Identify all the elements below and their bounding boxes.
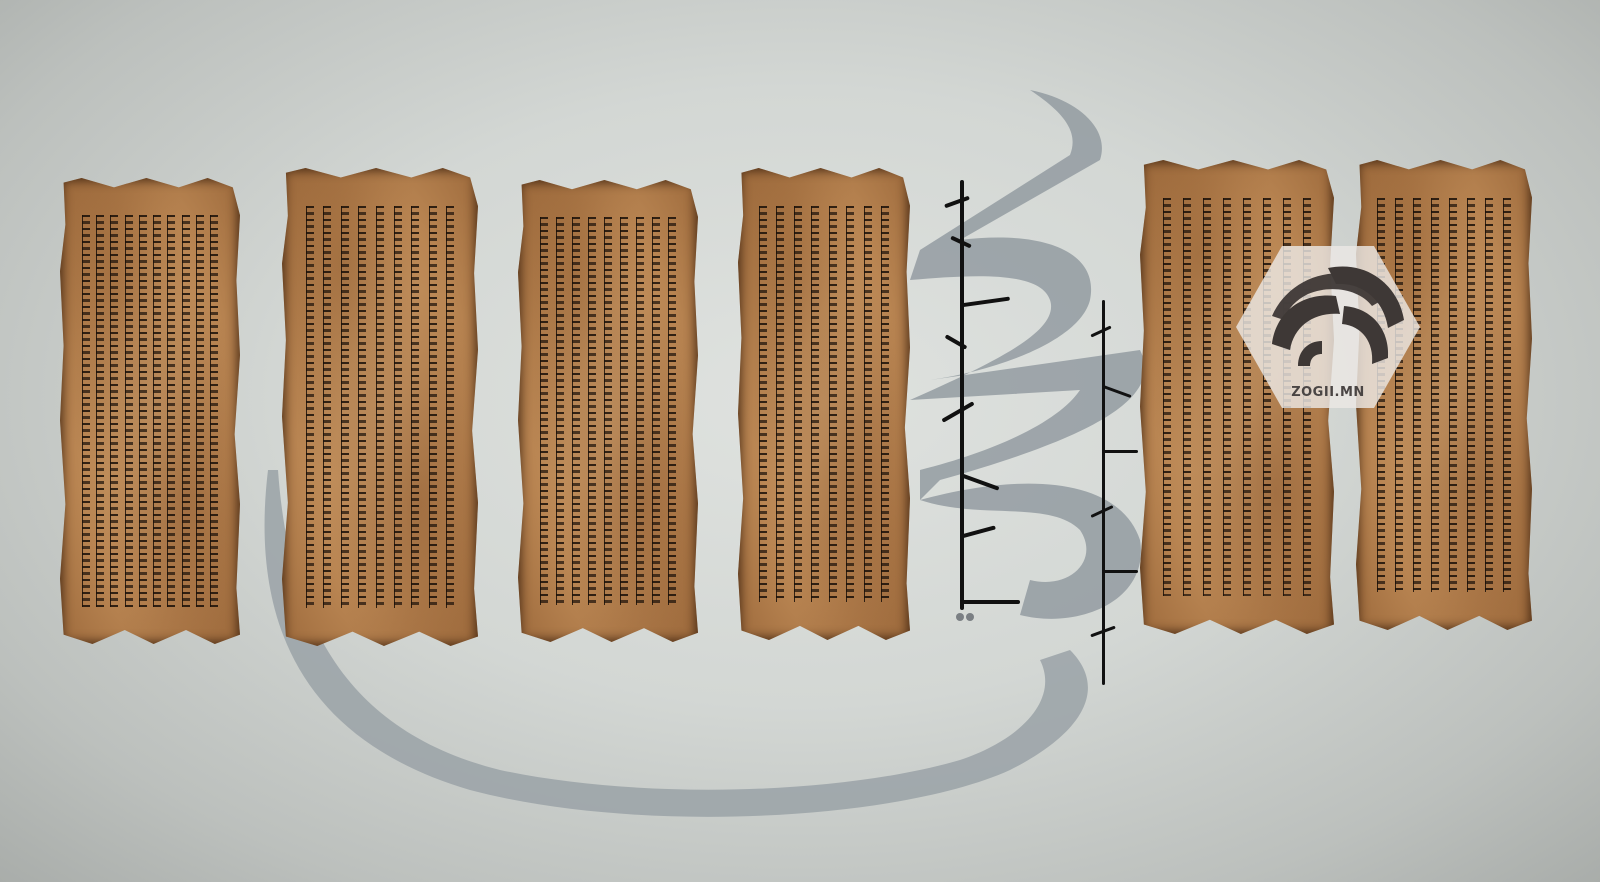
manuscript-sheet-3	[518, 180, 698, 642]
mongolian-script-text	[306, 206, 455, 608]
mongolian-script-text	[82, 215, 219, 606]
manuscript-sheet-2	[282, 168, 478, 646]
manuscript-sheet-4	[738, 168, 910, 640]
center-calligraphy-line-1	[930, 180, 1030, 620]
mongolian-script-text	[759, 206, 890, 603]
manuscript-sheet-6	[1356, 160, 1532, 630]
calligraphy-artwork-photo: ZOGII.MN	[0, 0, 1600, 882]
manuscript-sheet-1	[60, 178, 240, 644]
mongolian-script-text	[1377, 198, 1511, 593]
mongolian-script-text	[540, 217, 677, 605]
ink-dots	[956, 606, 976, 625]
center-calligraphy-line-2	[1080, 300, 1150, 690]
